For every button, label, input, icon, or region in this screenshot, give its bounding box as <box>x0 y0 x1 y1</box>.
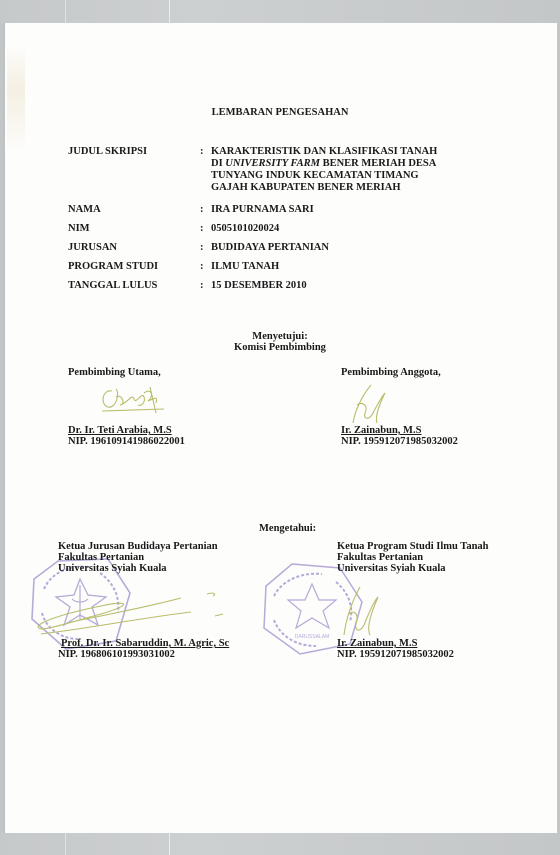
field-label-program-studi: PROGRAM STUDI <box>68 260 158 273</box>
field-label-nama: NAMA <box>68 203 101 216</box>
scanner-background-bottom <box>0 833 560 855</box>
svg-text:DARUSSALAM: DARUSSALAM <box>295 634 329 640</box>
acknowledgement-heading: Mengetahui: <box>259 522 316 535</box>
field-value-jurusan: :BUDIDAYA PERTANIAN <box>200 241 329 254</box>
document-page: LEMBARAN PENGESAHAN JUDUL SKRIPSI :KARAK… <box>3 23 557 833</box>
separator: : <box>200 145 211 158</box>
field-label-judul: JUDUL SKRIPSI <box>68 145 147 158</box>
signatory-nip-anggota: NIP. 195912071985032002 <box>341 435 458 448</box>
field-value-nim: :0505101020024 <box>200 222 279 235</box>
field-value-program-studi: :ILMU TANAH <box>200 260 279 273</box>
paper-stain <box>7 45 25 155</box>
field-label-tanggal-lulus: TANGGAL LULUS <box>68 279 157 292</box>
field-label-nim: NIM <box>68 222 90 235</box>
signatory-role-utama: Pembimbing Utama, <box>68 366 161 379</box>
signature-prodi <box>338 585 388 640</box>
ack-role-prodi-line3: Universitas Syiah Kuala <box>337 562 446 575</box>
scanner-background-top <box>0 0 560 24</box>
ack-role-jurusan-line3: Universitas Syiah Kuala <box>58 562 167 575</box>
field-value-tanggal-lulus: :15 DESEMBER 2010 <box>200 279 307 292</box>
page-title: LEMBARAN PENGESAHAN <box>3 106 557 119</box>
signature-utama <box>98 383 173 421</box>
field-label-jurusan: JURUSAN <box>68 241 117 254</box>
field-value-judul-line4: GAJAH KABUPATEN BENER MERIAH <box>211 181 401 194</box>
field-value-nama: :IRA PURNAMA SARI <box>200 203 314 216</box>
ack-nip-prodi: NIP. 195912071985032002 <box>337 648 454 661</box>
ack-nip-jurusan: NIP. 196806101993031002 <box>58 648 175 661</box>
signature-anggota <box>343 383 403 428</box>
signatory-nip-utama: NIP. 196109141986022001 <box>68 435 185 448</box>
approval-subheading: Komisi Pembimbing <box>3 341 557 354</box>
signature-jurusan <box>31 588 231 638</box>
signatory-role-anggota: Pembimbing Anggota, <box>341 366 441 379</box>
